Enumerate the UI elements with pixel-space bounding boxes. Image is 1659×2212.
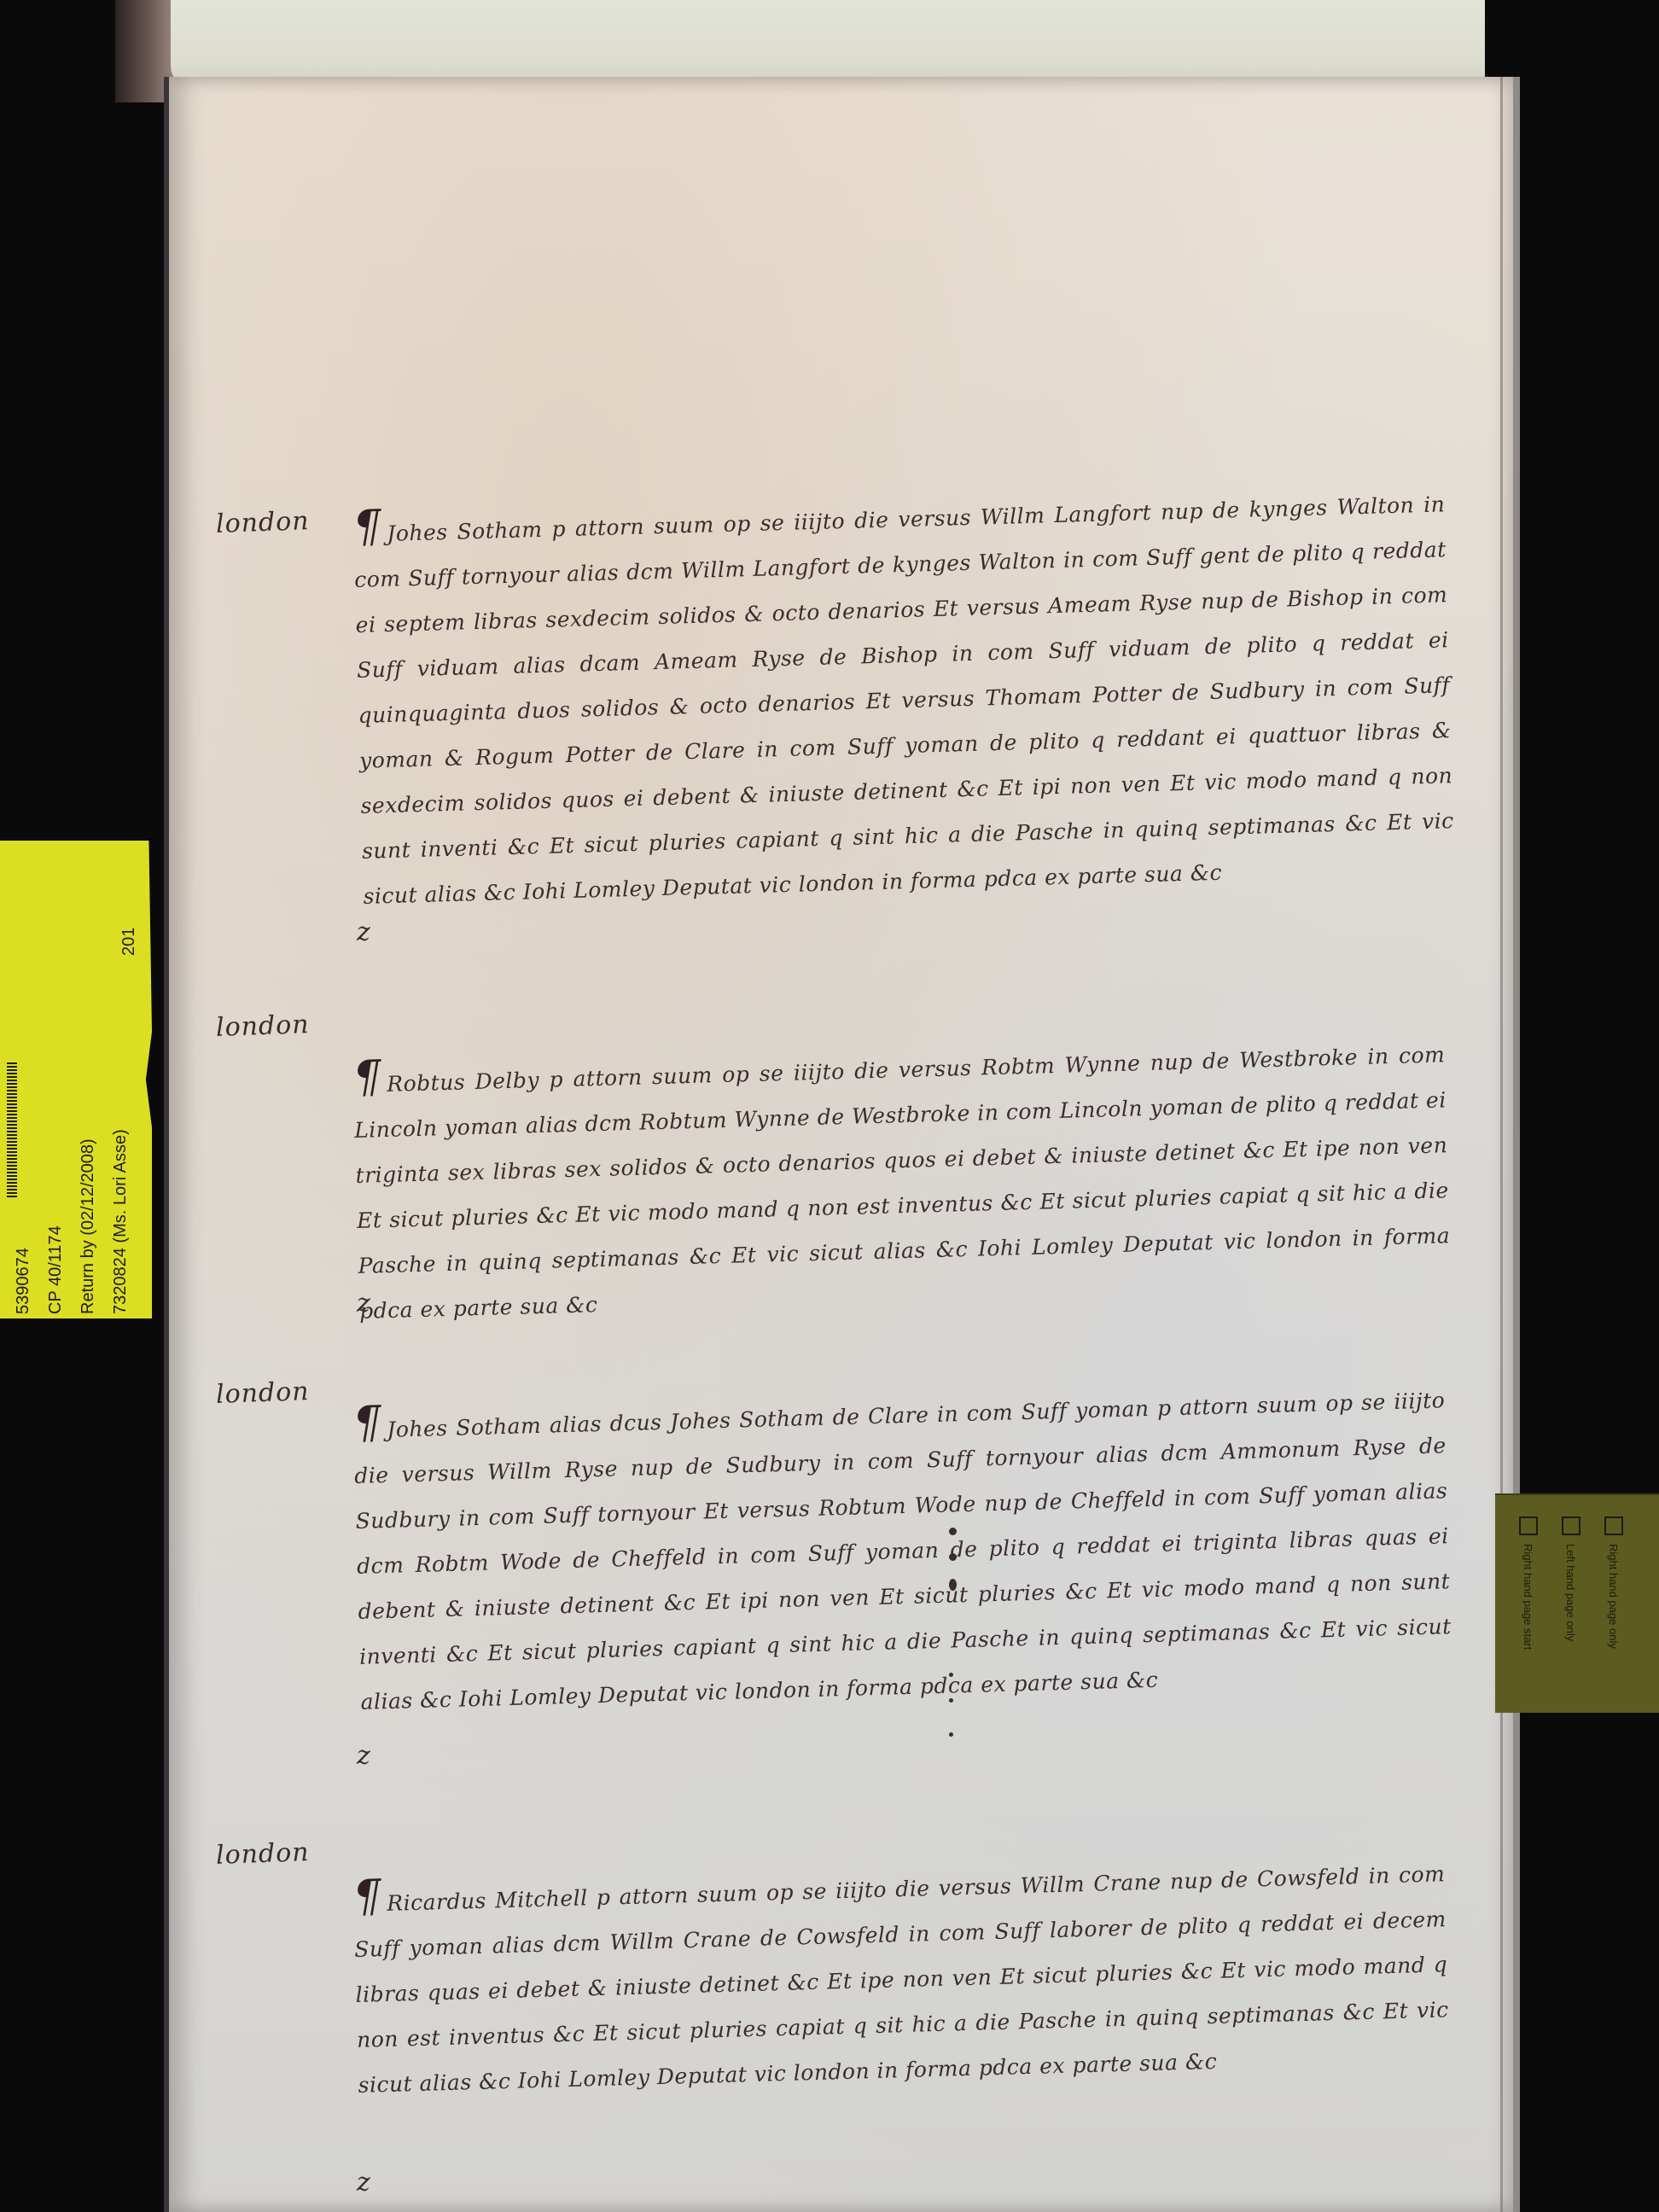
archive-retrieval-slip: 201 5390674 CP 40/1174 Return by (02/12/… — [0, 841, 152, 1318]
item-id: 5390674 — [7, 1129, 39, 1314]
paragraph-mark-icon: ¶ — [352, 501, 382, 553]
document-reference: CP 40/1174 — [39, 1129, 72, 1314]
entry-body: Johes Sotham alias dcus Johes Sotham de … — [354, 1388, 1452, 1714]
entry-end-mark: z — [357, 917, 370, 947]
paragraph-mark-icon: ¶ — [352, 1397, 382, 1449]
entry-body: Johes Sotham p attorn suum op se iiijto … — [354, 492, 1454, 909]
entry-text: ¶Ricardus Mitchell p attorn suum op se i… — [352, 1851, 1451, 2108]
margin-county-label: london — [215, 1377, 310, 1410]
entry-end-mark: z — [357, 1289, 370, 1318]
option-left-hand-page-only: Left hand page only — [1562, 1516, 1580, 1641]
option-right-hand-page-start: Right hand page start — [1519, 1516, 1538, 1650]
margin-county-label: london — [215, 506, 310, 539]
entry-body: Robtus Delby p attorn suum op se iiijto … — [354, 1042, 1451, 1324]
reader-id: 7320824 (Ms. Lori Asse) — [104, 1129, 137, 1314]
paragraph-mark-icon: ¶ — [352, 1871, 382, 1923]
checkbox-icon — [1519, 1516, 1538, 1535]
ink-blots — [949, 1528, 958, 1758]
membrane-edge — [1500, 77, 1503, 2212]
margin-county-label: london — [215, 1837, 310, 1871]
page-type-slip: Right hand page only Left hand page only… — [1495, 1493, 1659, 1713]
return-by-date: Return by (02/12/2008) — [72, 1129, 104, 1314]
paragraph-mark-icon: ¶ — [352, 1051, 382, 1103]
option-right-hand-page-only: Right hand page only — [1604, 1516, 1623, 1649]
parchment-membrane: london ¶Johes Sotham p attorn suum op se… — [164, 77, 1520, 2212]
entry-text: ¶Robtus Delby p attorn suum op se iiijto… — [352, 1032, 1452, 1334]
entry-end-mark: z — [357, 2168, 370, 2197]
slip-details: 5390674 CP 40/1174 Return by (02/12/2008… — [7, 1129, 137, 1314]
margin-county-label: london — [215, 1010, 310, 1043]
entry-body: Ricardus Mitchell p attorn suum op se ii… — [354, 1861, 1449, 2098]
checkbox-icon — [1604, 1516, 1623, 1535]
slip-number: 201 — [119, 928, 139, 956]
checkbox-icon — [1562, 1516, 1580, 1535]
entry-text: ¶Johes Sotham p attorn suum op se iiijto… — [352, 481, 1456, 919]
entry-end-mark: z — [357, 1741, 370, 1771]
entry-text: ¶Johes Sotham alias dcus Johes Sotham de… — [352, 1377, 1453, 1725]
